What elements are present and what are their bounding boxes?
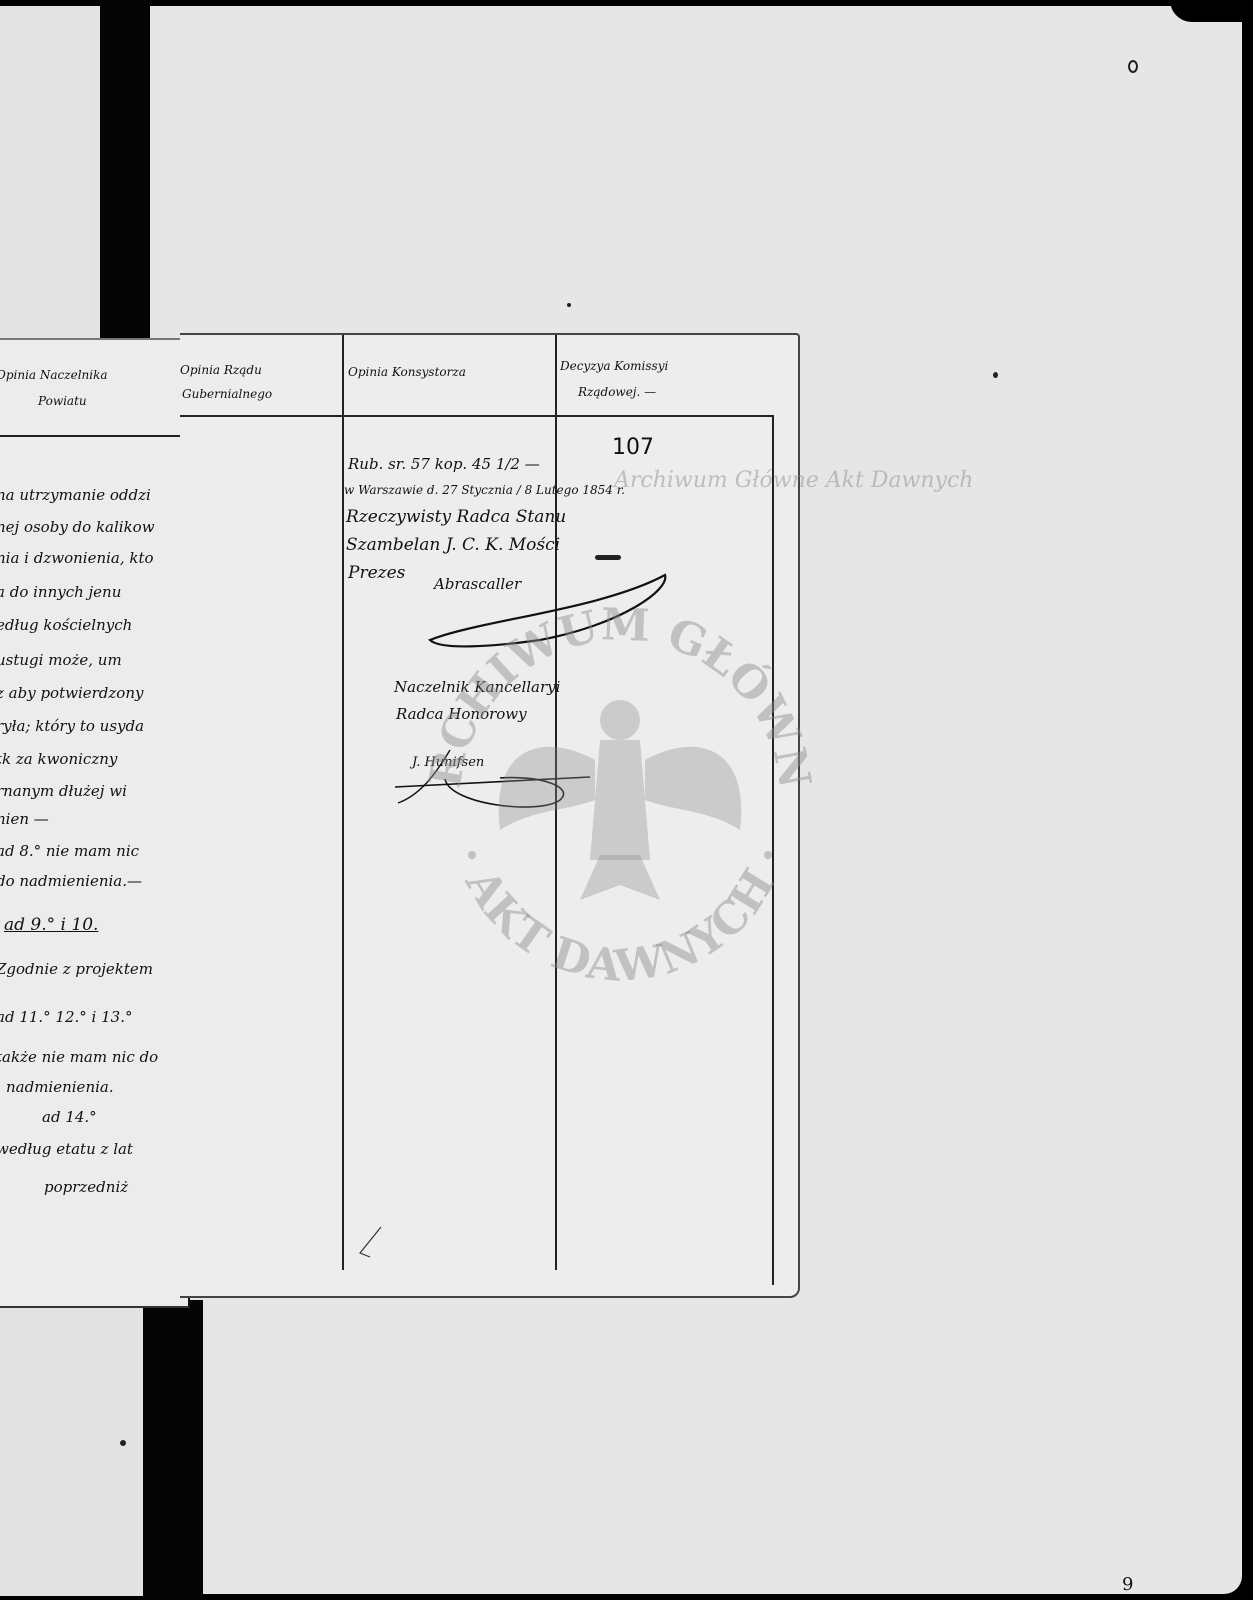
left-header-rule xyxy=(0,435,188,437)
binding-gutter-top xyxy=(100,0,150,345)
col-header-government-line1: Opinia Rządu xyxy=(180,363,262,377)
left-line-3: nia i dzwonienia, kto xyxy=(0,549,154,567)
left-line-13: do nadmienienia.— xyxy=(0,872,142,890)
left-line-2: nej osoby do kalikow xyxy=(0,518,155,536)
col-header-commission-line2: Rządowej. — xyxy=(578,385,656,399)
left-line-15: Zgodnie z projektem xyxy=(0,960,153,978)
left-line-1: na utrzymanie oddzi xyxy=(0,486,151,504)
left-opinion-page: Opinia Naczelnika Powiatu na utrzymanie … xyxy=(0,338,190,1308)
left-line-14: ad 9.° i 10. xyxy=(4,915,98,935)
left-line-12: ad 8.° nie mam nic xyxy=(0,842,139,860)
archive-watermark-top: Archiwum Główne Akt Dawnych xyxy=(614,468,973,493)
left-line-19: ad 14.° xyxy=(42,1108,97,1126)
paper-speck xyxy=(993,372,998,378)
paper-speck xyxy=(567,303,571,307)
corner-shadow xyxy=(1170,0,1253,22)
amount-line: Rub. sr. 57 kop. 45 1/2 — xyxy=(348,455,540,473)
col-header-government-line2: Gubernialnego xyxy=(182,387,272,401)
place-date-line: w Warszawie d. 27 Stycznia / 8 Lutego 18… xyxy=(344,483,625,497)
left-page-bottom-edge xyxy=(0,1306,150,1596)
title-line-2: Szambelan J. C. K. Mości xyxy=(346,535,560,555)
left-line-6: ustugi może, um xyxy=(0,651,122,669)
col-header-commission-line1: Decyzya Komissyi xyxy=(560,359,668,373)
left-column-header-line1: Opinia Naczelnika xyxy=(0,368,108,382)
left-line-21: poprzedniż xyxy=(44,1178,128,1196)
check-tick-mark xyxy=(356,1223,386,1263)
column-divider-1 xyxy=(342,335,344,1270)
paper-speck xyxy=(120,1440,126,1446)
header-rule xyxy=(180,415,772,417)
archive-stamp: ARCHIWUM GŁÓWNE · AKT DAWNYCH · xyxy=(420,600,820,1000)
left-line-4: a do innych jenu xyxy=(0,583,121,601)
left-line-10: rnanym dłużej wi xyxy=(0,782,127,800)
left-line-9: tk za kwoniczny xyxy=(0,750,117,768)
left-line-11: nien — xyxy=(0,810,49,828)
left-page-top-edge xyxy=(0,6,108,346)
title-line-1: Rzeczywisty Radca Stanu xyxy=(346,507,566,527)
left-line-17: także nie mam nic do xyxy=(0,1048,158,1066)
left-line-7: z aby potwierdzony xyxy=(0,684,143,702)
folio-number: 107 xyxy=(612,435,654,460)
corner-mark: 9 xyxy=(1122,1574,1133,1595)
left-line-5: edług kościelnych xyxy=(0,616,132,634)
left-line-16: ad 11.° 12.° i 13.° xyxy=(0,1008,132,1026)
left-column-header-line2: Powiatu xyxy=(38,394,87,408)
eagle-emblem-icon xyxy=(499,700,742,900)
ink-blot xyxy=(595,555,621,560)
left-line-8: ryła; który to usyda xyxy=(0,717,144,735)
left-line-18: nadmienienia. xyxy=(6,1078,114,1096)
role-prezes: Prezes xyxy=(348,563,405,583)
binding-gutter-bottom xyxy=(143,1300,203,1600)
left-line-20: według etatu z lat xyxy=(0,1140,133,1158)
col-header-consistory: Opinia Konsystorza xyxy=(348,365,466,379)
binding-hole-mark xyxy=(1128,60,1138,73)
